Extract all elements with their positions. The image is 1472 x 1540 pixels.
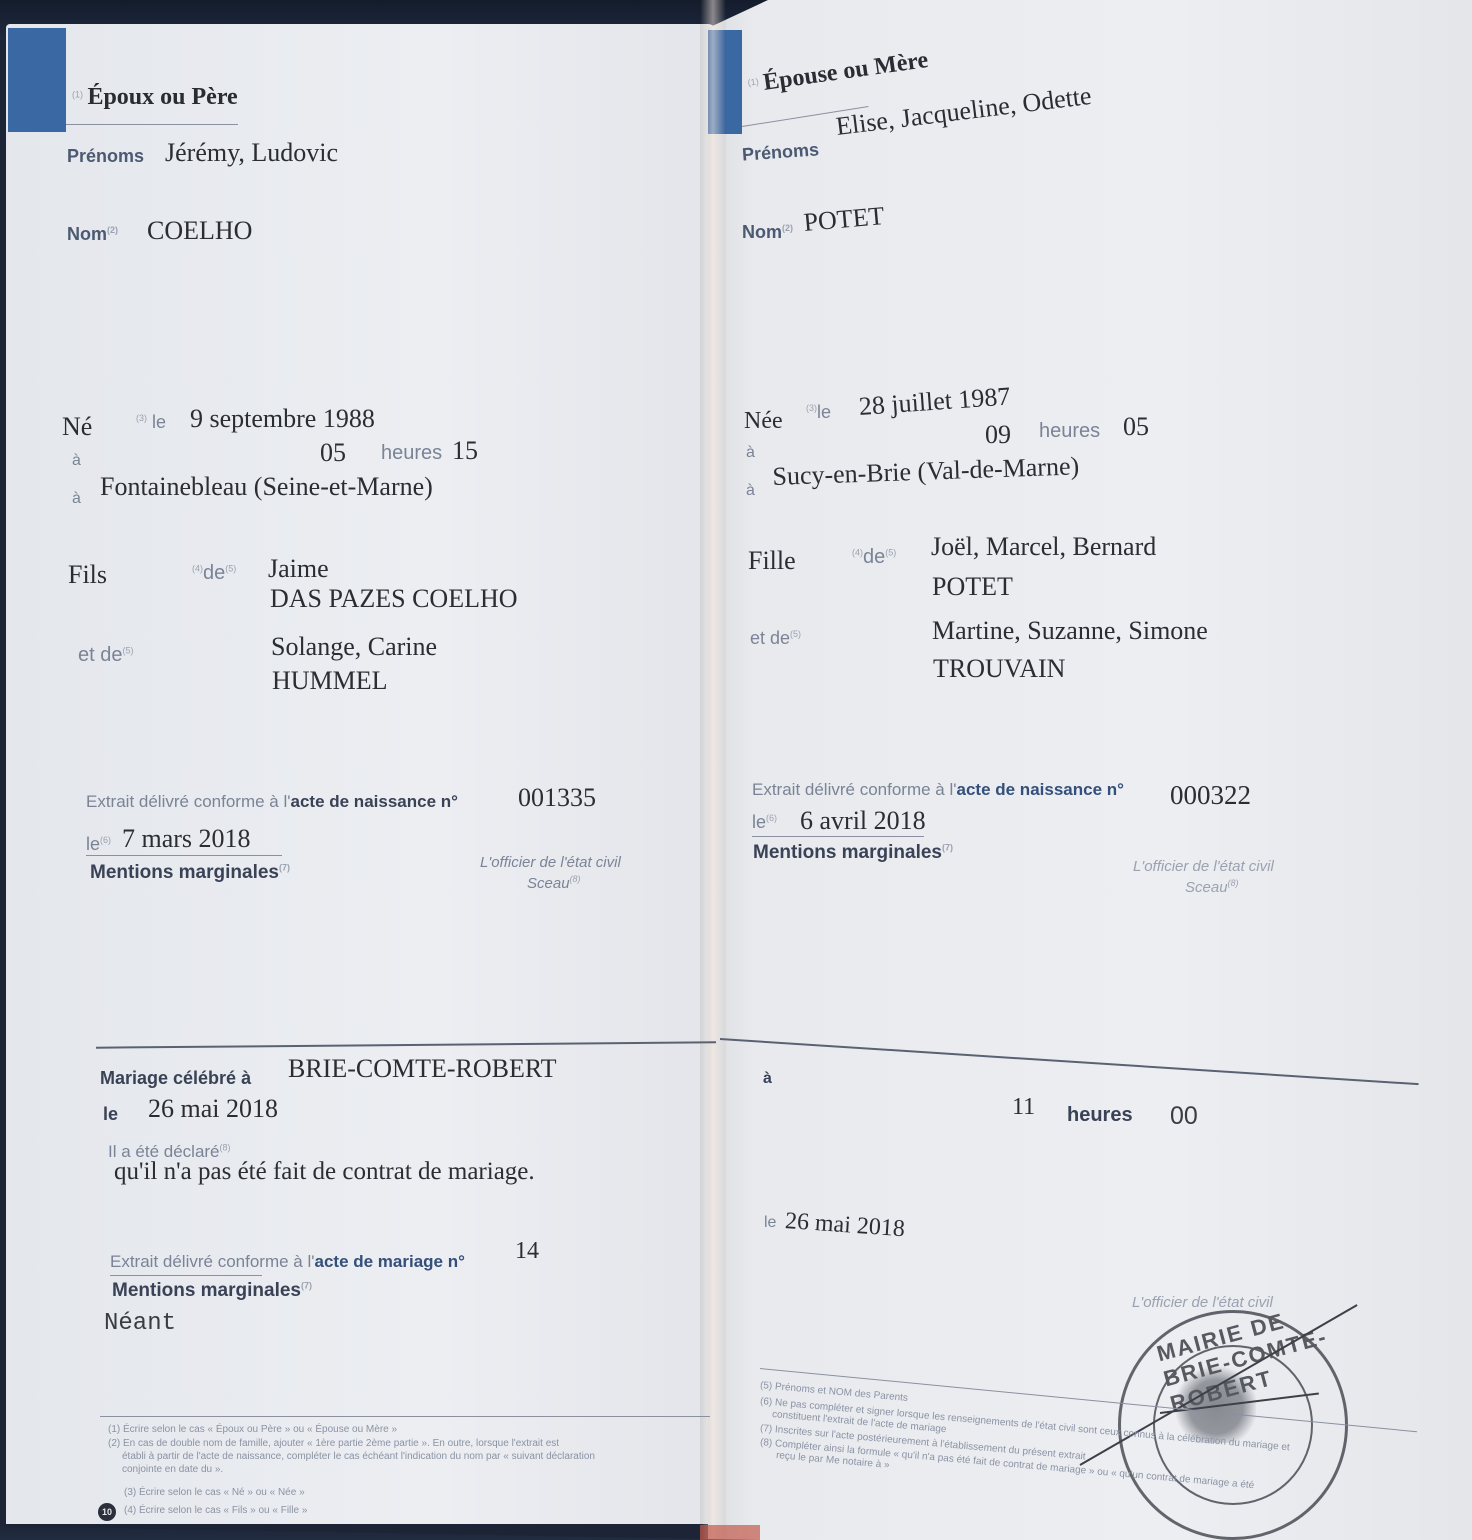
husband-birth-act-number: 001335 [518,783,596,813]
et-de-label: et de [750,628,790,648]
le-label: le [764,1214,776,1232]
extract-date-underline [86,855,282,856]
marriage-hour: 11 [1012,1094,1035,1121]
husband-first-names: Jérémy, Ludovic [165,138,338,168]
le-label: le [152,412,166,432]
birth-label: Né [62,412,92,442]
wife-extract-date: 6 avril 2018 [800,806,926,836]
footnote-ref: (5) [225,563,236,573]
husband-last-name: COELHO [147,216,252,246]
wife-birth-hour: 09 [985,420,1011,450]
heading-epoux-ou-pere: Époux ou Père [87,84,237,110]
et-de-label: et de [78,644,122,666]
marriage-a-label: à [763,1070,772,1088]
act-label: acte de naissance n° [291,792,458,811]
footnote-2: (2) En cas de double nom de famille, ajo… [108,1438,559,1450]
husband-birth-hour: 05 [320,438,346,468]
nom-label: Nom [67,224,107,244]
extract-le-wrap: le(6) [86,834,111,855]
mentions-marginales-label: Mentions marginales [90,862,279,883]
nom-label-wrap: Nom(2) [742,222,793,243]
footnote-1: (1) Écrire selon le cas « Époux ou Père … [108,1424,397,1436]
fille-label: Fille [748,546,796,576]
footnote-2-cont: établi à partir de l'acte de naissance, … [122,1451,595,1463]
footnote-ref: (7) [279,863,290,873]
de-label: de [203,562,225,584]
et-de-wrap: et de(5) [750,628,801,649]
heading-underline [66,124,238,125]
husband-father-last-name: DAS PAZES COELHO [270,584,518,614]
footnote-ref: (6) [100,835,111,845]
birth-extract-line: Extrait délivré conforme à l'acte de nai… [86,792,458,812]
marriage-extract-underline [110,1275,262,1276]
extract-prefix: Extrait délivré conforme à l' [110,1252,315,1271]
mentions-wrap: Mentions marginales(7) [753,842,953,864]
footnote-ref: (3) [806,403,817,413]
de-label-wrap: (4)de(5) [852,546,896,569]
mentions-wrap: Mentions marginales(7) [90,862,290,884]
husband-mother-last-name: HUMMEL [272,666,388,696]
mentions-marginales-label: Mentions marginales [753,842,942,863]
marriage-contract-declaration: qu'il n'a pas été fait de contrat de mar… [114,1158,535,1186]
birth-le-wrap: (3)le [806,402,831,423]
husband-mother-first-names: Solange, Carine [271,632,437,662]
husband-birth-date: 9 septembre 1988 [190,404,375,434]
extract-prefix: Extrait délivré conforme à l' [752,780,957,799]
birth-le-wrap: (3) le [136,412,166,433]
officer-label: L'officier de l'état civil [480,854,621,871]
mentions-marginales-label: Mentions marginales [112,1280,301,1301]
page-number-badge: 10 [98,1503,116,1521]
seal-label: Sceau [1185,879,1228,896]
footnote-ref: (7) [942,843,953,853]
marriage-minutes: 00 [1170,1102,1198,1131]
nom-label: Nom [742,222,782,242]
marriage-le-label: le [103,1104,118,1125]
footnote-ref: (3) [136,413,147,423]
wife-birth-minutes: 05 [1123,412,1149,442]
marriage-place: BRIE-COMTE-ROBERT [288,1054,557,1084]
heures-label: heures [1039,420,1100,443]
booklet-spine [700,0,726,1540]
extract-le-wrap: le(6) [752,812,777,833]
marriage-heures-label: heures [1067,1104,1133,1127]
official-stamp: MAIRIE DE BRIE-COMTE-ROBERT [1118,1310,1348,1540]
wife-mother-last-name: TROUVAIN [933,654,1065,684]
footnote-ref: (4) [192,563,203,573]
birth-extract-line: Extrait délivré conforme à l'acte de nai… [752,780,1124,800]
extract-date-underline [752,836,924,837]
a-label: à [746,482,755,500]
footnote-ref: (7) [301,1281,312,1291]
officer-label: L'officier de l'état civil [1133,858,1274,875]
husband-birth-place: Fontainebleau (Seine-et-Marne) [100,472,433,502]
footnote-ref: (5) [122,645,133,655]
extract-prefix: Extrait délivré conforme à l' [86,792,291,811]
footnote-ref: (5) [885,547,896,557]
footnote-ref: (8) [220,1142,231,1152]
footnote-ref: (2) [782,223,793,233]
left-heading: (1) Époux ou Père [72,84,238,111]
footnote-4: (4) Écrire selon le cas « Fils » ou « Fi… [124,1505,307,1517]
prenoms-label: Prénoms [67,146,144,167]
left-page-blue-tab [8,28,66,132]
le-label: le [752,812,766,832]
wife-father-first-names: Joël, Marcel, Bernard [931,532,1156,562]
marriage-date: 26 mai 2018 [148,1094,278,1124]
marriage-act-number: 14 [515,1238,539,1265]
footnote-ref: (8) [570,874,581,884]
de-label: de [863,546,885,568]
le-label: le [817,402,831,422]
a-label: à [746,444,755,462]
fils-label: Fils [68,560,107,590]
wife-father-last-name: POTET [932,572,1013,602]
act-label: acte de naissance n° [957,780,1124,799]
footnotes-divider-left [100,1416,710,1417]
et-de-wrap: et de(5) [78,644,133,667]
footnote-3: (3) Écrire selon le cas « Né » ou « Née … [124,1487,305,1499]
a-label: à [72,490,81,508]
le-label: le [86,834,100,854]
marriage-extract-line: Extrait délivré conforme à l'acte de mar… [110,1252,465,1272]
seal-label: Sceau [527,875,570,892]
marriage-celebrated-label: Mariage célébré à [100,1068,251,1089]
husband-birth-minutes: 15 [452,436,478,466]
nom-label-wrap: Nom(2) [67,224,118,245]
footnote-ref: (4) [852,547,863,557]
birth-label: Née [744,408,783,435]
footnote-2-cont-2: conjointe en date du ». [122,1464,223,1476]
wife-mother-first-names: Martine, Suzanne, Simone [932,616,1208,646]
husband-father-first-names: Jaime [268,554,329,584]
footnote-ref: (8) [1228,878,1239,888]
a-label: à [72,452,81,470]
footnote-ref: (1) [747,76,759,87]
marriage-mentions-wrap: Mentions marginales(7) [112,1280,312,1302]
seal-wrap: Sceau(8) [1185,878,1239,896]
background-object [700,1525,760,1540]
footnote-ref: (6) [766,813,777,823]
seal-wrap: Sceau(8) [527,874,581,892]
heures-label: heures [381,442,442,465]
marriage-act-label: acte de mariage n° [315,1252,465,1271]
wife-birth-act-number: 000322 [1170,780,1251,811]
officer-label: L'officier de l'état civil [1132,1294,1273,1311]
de-label-wrap: (4)de(5) [192,562,236,585]
marriage-mentions-value: Néant [104,1310,176,1337]
footnote-ref: (1) [72,90,83,100]
husband-extract-date: 7 mars 2018 [122,824,251,854]
footnote-ref: (2) [107,225,118,235]
footnote-ref: (5) [790,629,801,639]
